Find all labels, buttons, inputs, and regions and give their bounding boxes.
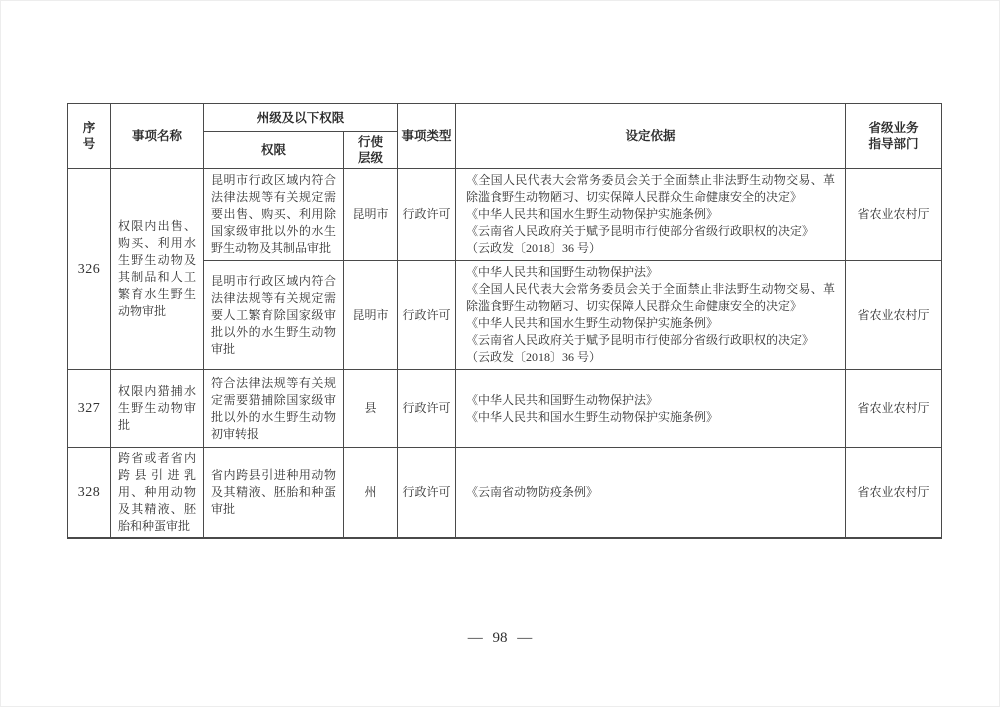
cell-guidance-dept: 省农业农村厅 xyxy=(846,261,942,370)
cell-exercise-level: 县 xyxy=(344,370,398,448)
header-exercise-level: 行使 层级 xyxy=(344,132,398,169)
cell-basis: 《中华人民共和国野生动物保护法》 《全国人民代表大会常务委员会关于全面禁止非法野… xyxy=(456,261,846,370)
header-basis: 设定依据 xyxy=(456,104,846,169)
cell-seq: 326 xyxy=(68,169,111,370)
header-item-name: 事项名称 xyxy=(111,104,204,169)
cell-guidance-dept: 省农业农村厅 xyxy=(846,448,942,539)
cell-item-type: 行政许可 xyxy=(398,448,456,539)
cell-seq: 328 xyxy=(68,448,111,539)
table-row-328: 328 跨省或者省内跨县引进乳用、种用动物及其精液、胚胎和种蛋审批 省内跨县引进… xyxy=(68,448,942,539)
header-guidance-dept: 省级业务 指导部门 xyxy=(846,104,942,169)
document-page: { "document": { "footer": { "page_number… xyxy=(0,0,1000,707)
cell-basis: 《云南省动物防疫条例》 xyxy=(456,448,846,539)
cell-item-type: 行政许可 xyxy=(398,169,456,261)
header-seq: 序 号 xyxy=(68,104,111,169)
header-row-top: 序 号 事项名称 州级及以下权限 事项类型 设定依据 省级业务 指导部门 xyxy=(68,104,942,132)
page-number: — 98 — xyxy=(0,630,1000,647)
cell-exercise-level: 昆明市 xyxy=(344,169,398,261)
cell-basis: 《全国人民代表大会常务委员会关于全面禁止非法野生动物交易、革除滥食野生动物陋习、… xyxy=(456,169,846,261)
cell-item-name: 权限内猎捕水生野生动物审批 xyxy=(111,370,204,448)
table-header: 序 号 事项名称 州级及以下权限 事项类型 设定依据 省级业务 指导部门 权限 … xyxy=(68,104,942,169)
cell-basis: 《中华人民共和国野生动物保护法》 《中华人民共和国水生野生动物保护实施条例》 xyxy=(456,370,846,448)
header-item-type: 事项类型 xyxy=(398,104,456,169)
cell-authority: 省内跨县引进种用动物及其精液、胚胎和种蛋审批 xyxy=(204,448,344,539)
header-authority: 权限 xyxy=(204,132,344,169)
cell-authority: 符合法律法规等有关规定需要猎捕除国家级审批以外的水生野生动物初审转报 xyxy=(204,370,344,448)
table-body: 326 权限内出售、购买、利用水生野生动物及其制品和人工繁育水生野生动物审批 昆… xyxy=(68,169,942,539)
cell-item-type: 行政许可 xyxy=(398,261,456,370)
table-row-327: 327 权限内猎捕水生野生动物审批 符合法律法规等有关规定需要猎捕除国家级审批以… xyxy=(68,370,942,448)
cell-authority: 昆明市行政区域内符合法律法规等有关规定需要出售、购买、利用除国家级审批以外的水生… xyxy=(204,169,344,261)
cell-item-type: 行政许可 xyxy=(398,370,456,448)
authority-items-table: 序 号 事项名称 州级及以下权限 事项类型 设定依据 省级业务 指导部门 权限 … xyxy=(67,103,942,539)
cell-guidance-dept: 省农业农村厅 xyxy=(846,370,942,448)
header-group-authority: 州级及以下权限 xyxy=(204,104,398,132)
cell-exercise-level: 州 xyxy=(344,448,398,539)
cell-authority: 昆明市行政区域内符合法律法规等有关规定需要人工繁育除国家级审批以外的水生野生动物… xyxy=(204,261,344,370)
cell-guidance-dept: 省农业农村厅 xyxy=(846,169,942,261)
table-row-326-sub1: 326 权限内出售、购买、利用水生野生动物及其制品和人工繁育水生野生动物审批 昆… xyxy=(68,169,942,261)
cell-item-name: 权限内出售、购买、利用水生野生动物及其制品和人工繁育水生野生动物审批 xyxy=(111,169,204,370)
cell-item-name: 跨省或者省内跨县引进乳用、种用动物及其精液、胚胎和种蛋审批 xyxy=(111,448,204,539)
cell-exercise-level: 昆明市 xyxy=(344,261,398,370)
cell-seq: 327 xyxy=(68,370,111,448)
